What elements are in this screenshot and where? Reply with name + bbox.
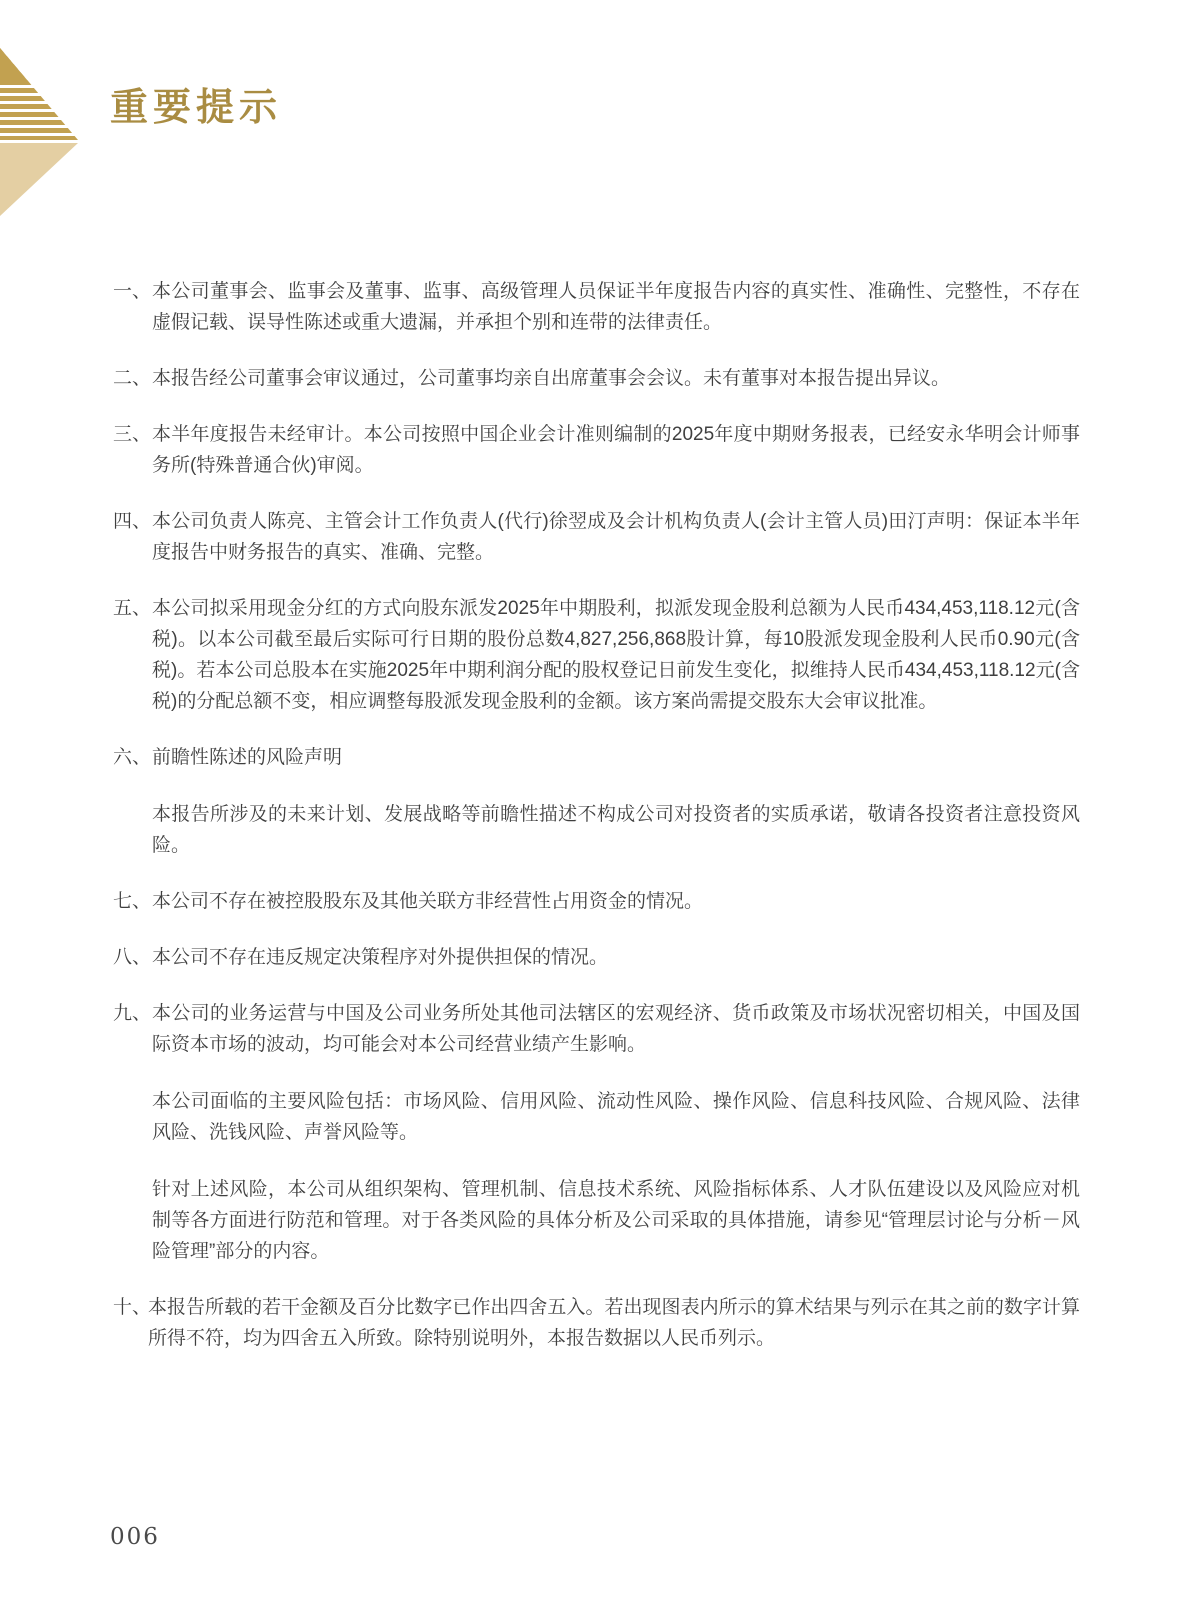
notice-body: 本报告经公司董事会审议通过，公司董事均亲自出席董事会会议。未有董事对本报告提出异… bbox=[152, 363, 1080, 394]
notice-number: 八、 bbox=[113, 942, 152, 973]
notice-item: 七、本公司不存在被控股股东及其他关联方非经营性占用资金的情况。 bbox=[113, 886, 1080, 917]
notice-item: 六、前瞻性陈述的风险声明本报告所涉及的未来计划、发展战略等前瞻性描述不构成公司对… bbox=[113, 742, 1080, 861]
notice-item: 四、本公司负责人陈亮、主管会计工作负责人(代行)徐翌成及会计机构负责人(会计主管… bbox=[113, 506, 1080, 568]
notice-body: 本报告所载的若干金额及百分比数字已作出四舍五入。若出现图表内所示的算术结果与列示… bbox=[148, 1292, 1080, 1354]
notice-paragraph: 本公司董事会、监事会及董事、监事、高级管理人员保证半年度报告内容的真实性、准确性… bbox=[152, 276, 1080, 338]
notice-body: 本半年度报告未经审计。本公司按照中国企业会计准则编制的2025年度中期财务报表，… bbox=[152, 419, 1080, 481]
notice-item: 八、本公司不存在违反规定决策程序对外提供担保的情况。 bbox=[113, 942, 1080, 973]
notice-number: 一、 bbox=[113, 276, 152, 307]
notice-item: 二、本报告经公司董事会审议通过，公司董事均亲自出席董事会会议。未有董事对本报告提… bbox=[113, 363, 1080, 394]
corner-triangle-striped-icon bbox=[0, 48, 78, 140]
notice-number: 六、 bbox=[113, 742, 152, 773]
notice-number: 七、 bbox=[113, 886, 152, 917]
notice-item: 九、本公司的业务运营与中国及公司业务所处其他司法辖区的宏观经济、货币政策及市场状… bbox=[113, 998, 1080, 1267]
notice-paragraph: 本报告所载的若干金额及百分比数字已作出四舍五入。若出现图表内所示的算术结果与列示… bbox=[148, 1292, 1080, 1354]
notice-number: 九、 bbox=[113, 998, 152, 1029]
notice-body: 本公司董事会、监事会及董事、监事、高级管理人员保证半年度报告内容的真实性、准确性… bbox=[152, 276, 1080, 338]
notice-number: 四、 bbox=[113, 506, 152, 537]
notice-paragraph: 本公司的业务运营与中国及公司业务所处其他司法辖区的宏观经济、货币政策及市场状况密… bbox=[152, 998, 1080, 1060]
notice-paragraph: 前瞻性陈述的风险声明 bbox=[152, 742, 1080, 773]
notices-list: 一、本公司董事会、监事会及董事、监事、高级管理人员保证半年度报告内容的真实性、准… bbox=[113, 276, 1080, 1379]
notice-body: 前瞻性陈述的风险声明本报告所涉及的未来计划、发展战略等前瞻性描述不构成公司对投资… bbox=[152, 742, 1080, 861]
page-title: 重要提示 bbox=[110, 76, 282, 131]
notice-paragraph: 本报告经公司董事会审议通过，公司董事均亲自出席董事会会议。未有董事对本报告提出异… bbox=[152, 363, 1080, 394]
notice-number: 五、 bbox=[113, 593, 152, 624]
notice-number: 三、 bbox=[113, 419, 152, 450]
notice-paragraph: 本公司面临的主要风险包括：市场风险、信用风险、流动性风险、操作风险、信息科技风险… bbox=[152, 1086, 1080, 1148]
notice-item: 一、本公司董事会、监事会及董事、监事、高级管理人员保证半年度报告内容的真实性、准… bbox=[113, 276, 1080, 338]
notice-body: 本公司不存在被控股股东及其他关联方非经营性占用资金的情况。 bbox=[152, 886, 1080, 917]
notice-item: 十、本报告所载的若干金额及百分比数字已作出四舍五入。若出现图表内所示的算术结果与… bbox=[113, 1292, 1080, 1354]
notice-paragraph: 本公司不存在被控股股东及其他关联方非经营性占用资金的情况。 bbox=[152, 886, 1080, 917]
notice-paragraph: 本公司负责人陈亮、主管会计工作负责人(代行)徐翌成及会计机构负责人(会计主管人员… bbox=[152, 506, 1080, 568]
notice-paragraph: 针对上述风险，本公司从组织架构、管理机制、信息技术系统、风险指标体系、人才队伍建… bbox=[152, 1174, 1080, 1267]
notice-body: 本公司的业务运营与中国及公司业务所处其他司法辖区的宏观经济、货币政策及市场状况密… bbox=[152, 998, 1080, 1267]
corner-triangle-tan-icon bbox=[0, 143, 78, 216]
notice-body: 本公司拟采用现金分红的方式向股东派发2025年中期股利，拟派发现金股利总额为人民… bbox=[152, 593, 1080, 717]
notice-paragraph: 本半年度报告未经审计。本公司按照中国企业会计准则编制的2025年度中期财务报表，… bbox=[152, 419, 1080, 481]
notice-item: 三、本半年度报告未经审计。本公司按照中国企业会计准则编制的2025年度中期财务报… bbox=[113, 419, 1080, 481]
notice-paragraph: 本公司拟采用现金分红的方式向股东派发2025年中期股利，拟派发现金股利总额为人民… bbox=[152, 593, 1080, 717]
notice-item: 五、本公司拟采用现金分红的方式向股东派发2025年中期股利，拟派发现金股利总额为… bbox=[113, 593, 1080, 717]
notice-body: 本公司不存在违反规定决策程序对外提供担保的情况。 bbox=[152, 942, 1080, 973]
report-page: 重要提示 一、本公司董事会、监事会及董事、监事、高级管理人员保证半年度报告内容的… bbox=[0, 0, 1190, 1615]
notice-number: 二、 bbox=[113, 363, 152, 394]
notice-number: 十、 bbox=[113, 1292, 148, 1323]
page-number: 006 bbox=[110, 1524, 160, 1550]
notice-paragraph: 本公司不存在违反规定决策程序对外提供担保的情况。 bbox=[152, 942, 1080, 973]
notice-body: 本公司负责人陈亮、主管会计工作负责人(代行)徐翌成及会计机构负责人(会计主管人员… bbox=[152, 506, 1080, 568]
notice-paragraph: 本报告所涉及的未来计划、发展战略等前瞻性描述不构成公司对投资者的实质承诺，敬请各… bbox=[152, 799, 1080, 861]
